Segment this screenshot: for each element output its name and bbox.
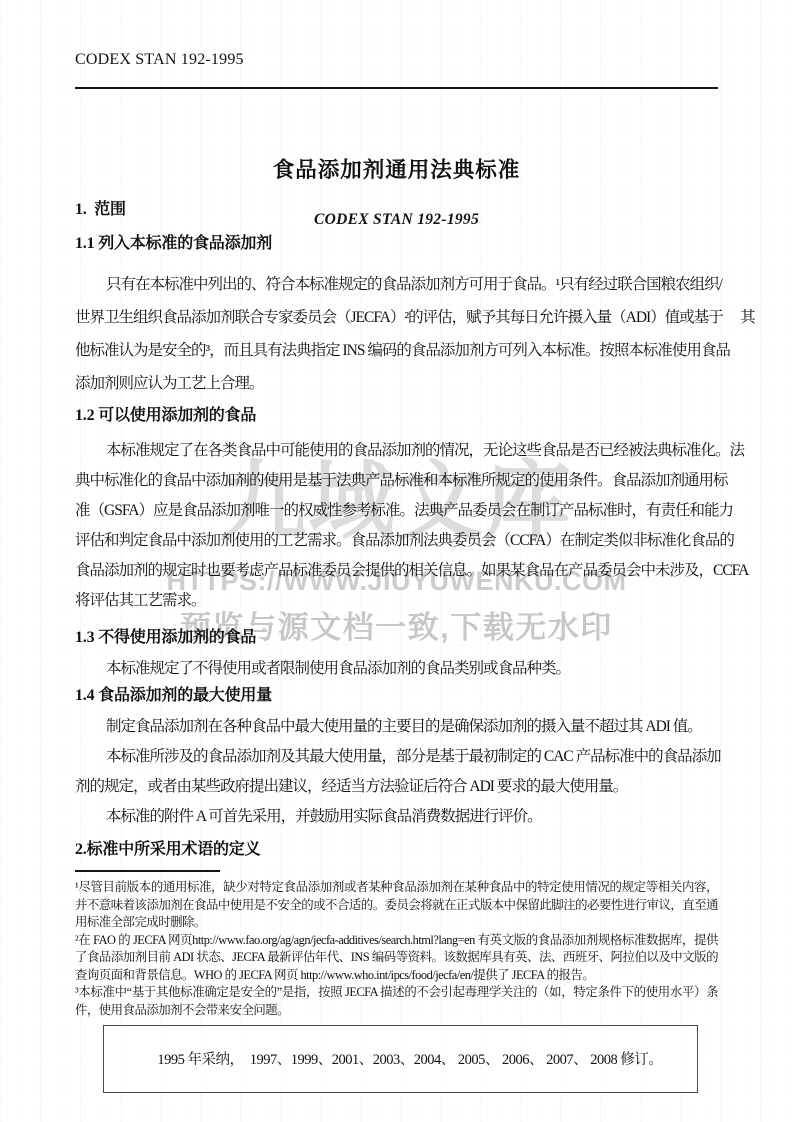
footnote-separator [75,870,220,872]
text-line: 世界卫生组织食品添加剂联合专家委员会（JECFA）²的评估，赋予其每日允许摄入量… [75,301,718,334]
section-1-4-paragraph-3: 本标准的附件 A 可首先采用，并鼓励用实际食品消费数据进行评价。 [75,802,718,832]
text-line: 本标准所涉及的食品添加剂及其最大使用量，部分是基于最初制定的 CAC 产品标准中… [75,742,718,772]
document-body: 1. 范围 1.1 列入本标准的食品添加剂 只有在本标准中列出的、符合本标准规定… [75,200,718,1093]
text-line: 将评估其工艺需求。 [75,586,718,616]
revision-history-text: 1995 年采纳， 1997、1999、2001、2003、2004、 2005… [157,1052,662,1068]
text-line: 典中标准化的食品中添加剂的使用是基于法典产品标准和本标准所规定的使用条件。食品添… [75,466,718,496]
section-1-1-heading: 1.1 列入本标准的食品添加剂 [75,234,718,254]
section-1-3-paragraph: 本标准规定了不得使用或者限制使用食品添加剂的食品类别或食品种类。 [75,654,718,684]
text-line: 准（GSFA）应是食品添加剂唯一的权威性参考标准。法典产品委员会在制订产品标准时… [75,496,718,526]
text-line: 只有在本标准中列出的、符合本标准规定的食品添加剂方可用于食品。¹只有经过联合国粮… [75,268,718,301]
text-line: 本标准规定了在各类食品中可能使用的食品添加剂的情况，无论这些食品是否已经被法典标… [75,436,718,466]
footnotes: ¹尽管目前版本的通用标准，缺少对特定食品添加剂或者某种食品添加剂在某种食品中的特… [75,879,718,1019]
text-line: 评估和判定食品中添加剂使用的工艺需求。食品添加剂法典委员会（CCFA）在制定类似… [75,526,718,556]
text-line: 剂的规定，或者由某些政府提出建议，经适当方法验证后符合 ADI 要求的最大使用量… [75,772,718,802]
running-header: CODEX STAN 192-1995 [75,51,244,69]
section-1-2-paragraph: 本标准规定了在各类食品中可能使用的食品添加剂的情况，无论这些食品是否已经被法典标… [75,436,718,616]
text-line: ³本标准中“基于其他标准确定是安全的”是指，按照 JECFA 描述的不会引起毒理… [75,984,718,1019]
text-line: ²在 FAO 的 JECFA 网页http://www.fao.org/ag/a… [75,932,718,985]
section-2-heading: 2.标准中所采用术语的定义 [75,840,718,860]
header-divider [75,87,718,89]
document-title: 食品添加剂通用法典标准 [0,153,793,184]
section-1-1-paragraph: 只有在本标准中列出的、符合本标准规定的食品添加剂方可用于食品。¹只有经过联合国粮… [75,268,718,400]
revision-history-box: 1995 年采纳， 1997、1999、2001、2003、2004、 2005… [103,1025,698,1093]
section-1-4-paragraph-1: 制定食品添加剂在各种食品中最大使用量的主要目的是确保添加剂的摄入量不超过其 AD… [75,712,718,742]
text-line: 添加剂则应认为工艺上合理。 [75,367,718,400]
section-1-heading: 1. 范围 [75,200,718,220]
text-line: 制定食品添加剂在各种食品中最大使用量的主要目的是确保添加剂的摄入量不超过其 AD… [75,712,718,742]
document-page: 九域文库 HTTPS://WWW.JIUYUWENKU.COM 预览与源文档一致… [0,0,793,1122]
section-1-2-heading: 1.2 可以使用添加剂的食品 [75,406,718,426]
section-1-3-heading: 1.3 不得使用添加剂的食品 [75,628,718,648]
section-1-4-paragraph-2: 本标准所涉及的食品添加剂及其最大使用量，部分是基于最初制定的 CAC 产品标准中… [75,742,718,802]
text-line: 食品添加剂的规定时也要考虑产品标准委员会提供的相关信息。如果某食品在产品委员会中… [75,556,718,586]
section-1-4-heading: 1.4 食品添加剂的最大使用量 [75,686,718,706]
text-line: ¹尽管目前版本的通用标准，缺少对特定食品添加剂或者某种食品添加剂在某种食品中的特… [75,879,718,932]
text-line: 本标准的附件 A 可首先采用，并鼓励用实际食品消费数据进行评价。 [75,802,718,832]
text-line: 本标准规定了不得使用或者限制使用食品添加剂的食品类别或食品种类。 [75,654,718,684]
text-line: 他标准认为是安全的³，而且具有法典指定 INS 编码的食品添加剂方可列入本标准。… [75,334,718,367]
